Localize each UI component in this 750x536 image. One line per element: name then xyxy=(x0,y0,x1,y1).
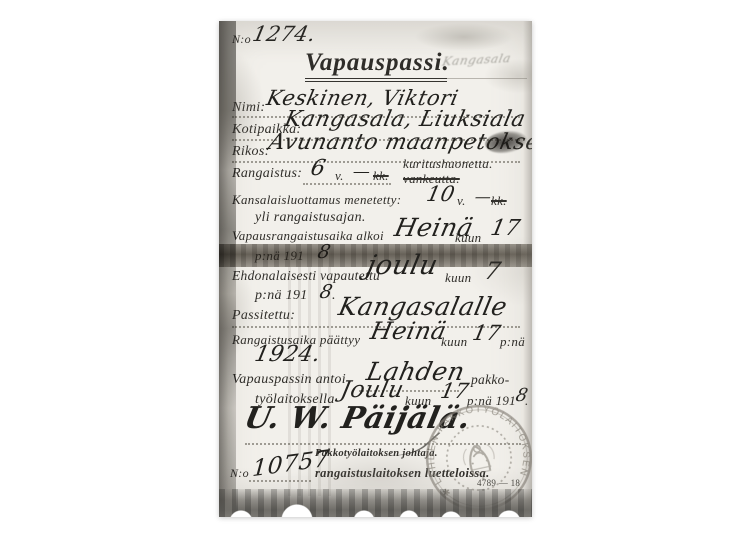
unit-kk-label-struck: kk. xyxy=(373,168,389,184)
field-rangaistus-months-dash: — xyxy=(351,162,373,182)
document-title: Vapauspassi. xyxy=(305,49,447,82)
registry-number-label: N:o xyxy=(230,466,249,481)
field-antoi-hyphenated: pakko- xyxy=(471,372,510,388)
pencil-annotation: Kangasala xyxy=(441,51,512,69)
field-nimi-label: Nimi: xyxy=(232,100,265,116)
field-ehdonalaisesti-pna-prefix: p:nä 191 xyxy=(255,288,308,304)
pencil-underline xyxy=(443,78,527,79)
torn-bottom-edge xyxy=(219,489,532,517)
field-alkoi-label: Vapausrangaistusaika alkoi xyxy=(232,228,384,244)
field-paattyy-month: Heinä xyxy=(368,317,449,345)
print-code: 4789 — 18 xyxy=(477,478,520,488)
field-ehdonalaisesti-label: Ehdonalaisesti vapautettu xyxy=(232,268,380,284)
field-kotipaikka-value: Kangasala, Liuksiala xyxy=(282,107,528,132)
field-rangaistus-label: Rangaistus: xyxy=(232,166,302,182)
unit-kk-label-struck: kk. xyxy=(491,193,507,209)
field-ehdonalaisesti-month: joulu xyxy=(364,250,441,281)
field-alkoi-day: 17 xyxy=(488,216,522,241)
document-number-value: 1274. xyxy=(250,22,318,46)
field-alkoi-pna-prefix: p:nä 191 xyxy=(255,248,304,264)
field-alkoi-month: Heinä xyxy=(392,213,476,242)
field-rikos-label: Rikos: xyxy=(232,144,270,160)
field-kansalaisluottamus-years: 10 xyxy=(424,182,457,206)
field-paattyy-day: 17 xyxy=(470,321,503,345)
kuun-label: kuun xyxy=(445,270,471,286)
field-paattyy-year: 1924. xyxy=(252,342,323,367)
field-rangaistus-years: 6 xyxy=(308,156,328,181)
unit-v-label: v. xyxy=(335,168,344,184)
scanned-document: N:o 1274. Vapauspassi. Kangasala Nimi: K… xyxy=(219,21,532,517)
pna-label: p:nä xyxy=(500,334,525,350)
unit-v-label: v. xyxy=(457,193,466,209)
document-number-label: N:o xyxy=(232,32,251,47)
field-passitettu-label: Passitettu: xyxy=(232,308,295,324)
option-kuritushuonetta: kuritushuonetta. xyxy=(403,156,493,172)
lion-emblem xyxy=(461,442,498,482)
field-antoi-month: Joulu xyxy=(338,377,406,403)
field-antoi-day: 17 xyxy=(438,379,471,403)
field-kansalaisluottamus-line2: yli rangaistusajan. xyxy=(255,210,366,226)
field-antoi-label: Vapauspassin antoi xyxy=(232,372,346,388)
kuun-label: kuun xyxy=(441,334,467,350)
field-kansalaisluottamus-label: Kansalaisluottamus menetetty: xyxy=(232,192,401,208)
